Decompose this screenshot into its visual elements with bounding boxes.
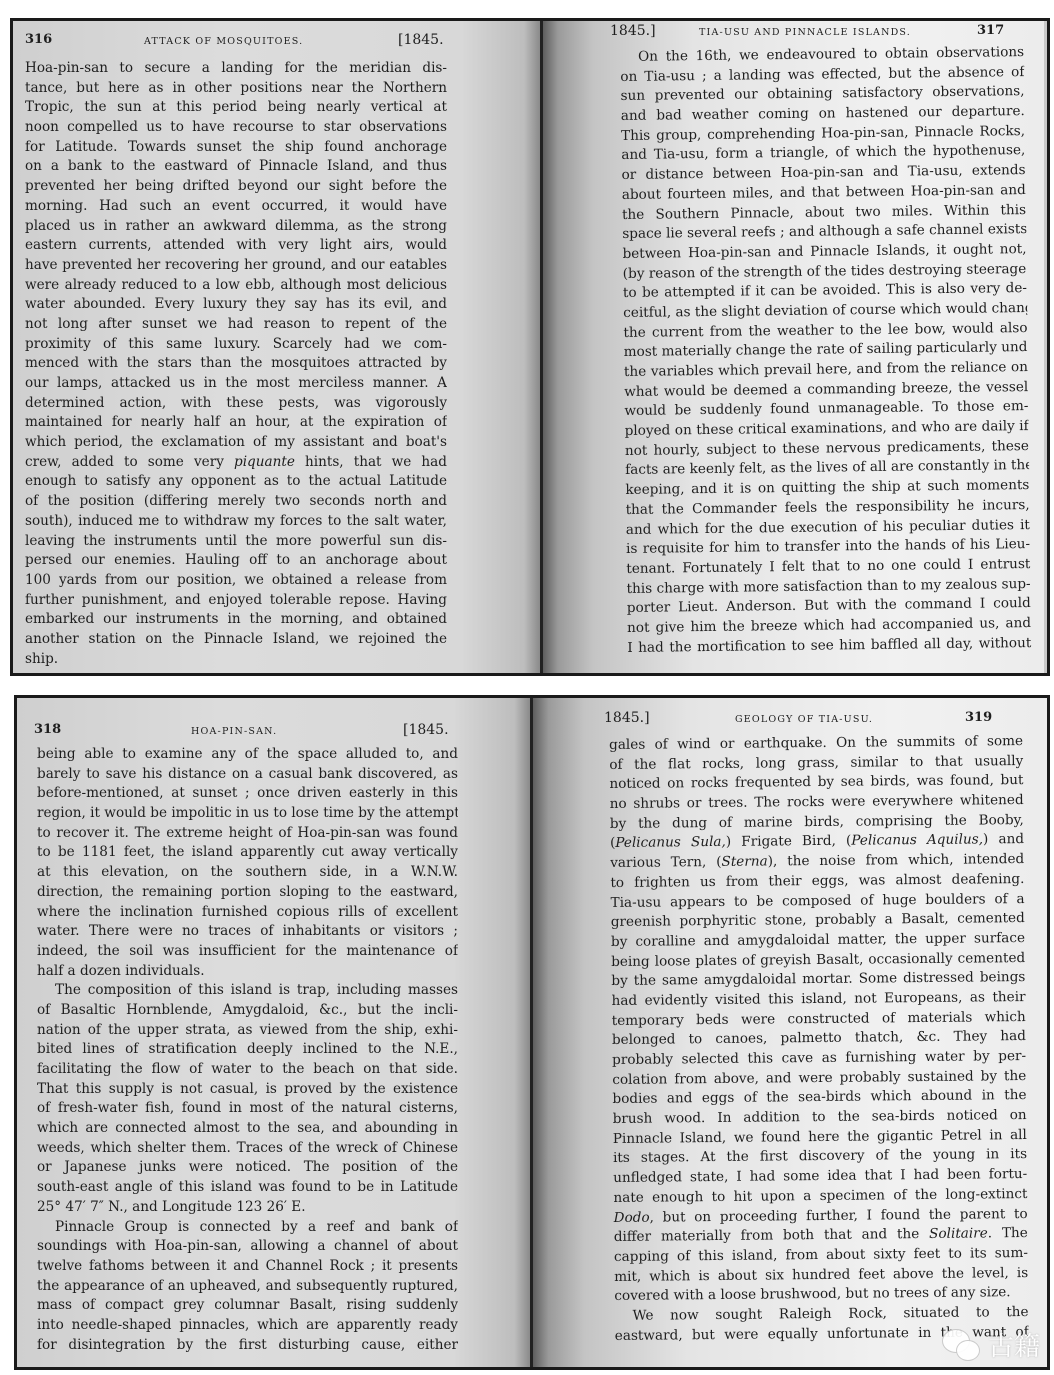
text-line: enough to satisfy any opponent as to the…	[25, 472, 447, 492]
running-year: [1845.	[398, 32, 444, 48]
text-line: before-mentioned, at sunset ; once drive…	[37, 784, 458, 804]
text-line: Pinnacle Group is connected by a reef an…	[37, 1218, 458, 1238]
text-line: weeds, which shelter them. Traces of the…	[37, 1139, 458, 1159]
text-line: menced with the stars than the mosquitoe…	[25, 354, 447, 374]
text-line: of the position (differing merely two se…	[25, 492, 447, 512]
running-head: 318 HOA-PIN-SAN. [1845.	[17, 722, 530, 742]
bottom-spread: 318 HOA-PIN-SAN. [1845. being able to ex…	[14, 695, 1050, 1370]
page-body: On the 16th, we endeavoured to obtain ob…	[620, 43, 1031, 658]
text-line: I had the mortification to see him baffl…	[627, 634, 1031, 659]
text-line: The composition of this island is trap, …	[37, 981, 458, 1001]
text-line: or Japanese junks were noticed. The posi…	[37, 1158, 458, 1178]
running-title: HOA-PIN-SAN.	[191, 726, 277, 737]
text-line: indeed, the soil was insufficient for th…	[37, 942, 458, 962]
text-line: of Basaltic Hornblende, Amygdaloid, &c.,…	[37, 1001, 458, 1021]
text-line: where the inclination furnished copious …	[37, 903, 458, 923]
text-line: which period, the exclamation of my assi…	[25, 433, 447, 453]
page-318: 318 HOA-PIN-SAN. [1845. being able to ex…	[17, 698, 533, 1367]
running-year: 1845.]	[604, 710, 650, 726]
text-line: barely to save his distance on a casual …	[37, 765, 458, 785]
text-line: tance, but here as in other positions ne…	[25, 79, 447, 99]
text-line: nation of the upper strata, as viewed fr…	[37, 1021, 458, 1041]
running-head: 1845.] TIA-USU AND PINNACLE ISLANDS. 317	[543, 23, 1044, 43]
text-line: south), induced me to withdraw my forces…	[25, 512, 447, 532]
watermark-text: 古籍	[988, 1326, 1040, 1363]
text-line: mass of compact grey columnar Basalt, ri…	[37, 1296, 458, 1316]
running-title: TIA-USU AND PINNACLE ISLANDS.	[699, 27, 911, 38]
text-line: water. There were no traces of inhabitan…	[37, 922, 458, 942]
text-line: into needle-shaped pinnacles, which are …	[37, 1316, 458, 1336]
text-line: south-east angle of this island was foun…	[37, 1178, 458, 1198]
text-line: determined action, with these pests, was…	[25, 394, 447, 414]
text-line: ship.	[25, 650, 447, 670]
text-line: region, it would be impolitic in us to l…	[37, 804, 458, 824]
text-line: eastern currents, attended with very lig…	[25, 236, 447, 256]
text-line: noon compelled us to have recourse to st…	[25, 118, 447, 138]
running-year: 1845.]	[610, 23, 656, 39]
text-line: maintained for nearly half an hour, at t…	[25, 413, 447, 433]
wechat-icon	[942, 1329, 982, 1361]
text-line: crew, added to some very piquante hints,…	[25, 453, 447, 473]
page-316: 316 ATTACK OF MOSQUITOES. [1845. Hoa-pin…	[13, 21, 543, 673]
page-317: 1845.] TIA-USU AND PINNACLE ISLANDS. 317…	[543, 21, 1044, 673]
text-line: water abounded. Every luxury they say ha…	[25, 295, 447, 315]
running-year: [1845.	[403, 722, 449, 738]
text-line: 100 yards from our position, we obtained…	[25, 571, 447, 591]
text-line: on a bank to the eastward of Pinnacle Is…	[25, 157, 447, 177]
running-title: ATTACK OF MOSQUITOES.	[144, 36, 303, 47]
text-line: soundings with Hoa-pin-san, allowing a c…	[37, 1237, 458, 1257]
text-line: leaving the instruments until the more p…	[25, 532, 447, 552]
text-line: at this elevation, on the southern side,…	[37, 863, 458, 883]
text-line: have prevented her recovering her ground…	[25, 256, 447, 276]
text-line: the appearance of an upheaved, and subse…	[37, 1277, 458, 1297]
text-line: embarked our instruments in the morning,…	[25, 610, 447, 630]
text-line: of fresh-water fish, found in most of th…	[37, 1099, 458, 1119]
text-line: to recover it. The extreme height of Hoa…	[37, 824, 458, 844]
text-line: Tropic, the sun at this period being nea…	[25, 98, 447, 118]
text-line: direction, the remaining portion sloping…	[37, 883, 458, 903]
page-number: 316	[25, 32, 52, 47]
page-body: being able to examine any of the space a…	[37, 745, 458, 1355]
text-line: to be 1181 feet, the island apparently c…	[37, 843, 458, 863]
page-number: 317	[977, 23, 1004, 38]
text-line: morning. Had such an event occurred, it …	[25, 197, 447, 217]
text-line: not long after sunset we had reason to r…	[25, 315, 447, 335]
page-number: 318	[34, 722, 61, 737]
text-line: which are connected almost to the sea, a…	[37, 1119, 458, 1139]
text-line: our lamps, attacked us in the most merci…	[25, 374, 447, 394]
wechat-watermark: 古籍	[942, 1326, 1040, 1363]
running-title: GEOLOGY OF TIA-USU.	[735, 714, 873, 725]
text-line: facilitating the flow of water to the be…	[37, 1060, 458, 1080]
text-line: for disintegration by the first disturbi…	[37, 1336, 458, 1356]
running-head: 316 ATTACK OF MOSQUITOES. [1845.	[13, 32, 540, 52]
text-line: for Latitude. Towards sunset the ship fo…	[25, 138, 447, 158]
text-line: further punishment, and enjoyed tolerabl…	[25, 591, 447, 611]
text-line: prevented her being drifted beyond our s…	[25, 177, 447, 197]
page-number: 319	[965, 710, 992, 725]
text-line: placed us in rather an awkward dilemma, …	[25, 217, 447, 237]
text-line: half a dozen individuals.	[37, 962, 458, 982]
text-line: bited lines of stratification deeply inc…	[37, 1040, 458, 1060]
text-line: proximity of this same luxury. Scarcely …	[25, 335, 447, 355]
text-line: twelve fathoms between it and Channel Ro…	[37, 1257, 458, 1277]
text-line: persed our enemies. Hauling off to an an…	[25, 551, 447, 571]
text-line: another station on the Pinnacle Island, …	[25, 630, 447, 650]
page-319: 1845.] GEOLOGY OF TIA-USU. 319 gales of …	[533, 698, 1047, 1367]
running-head: 1845.] GEOLOGY OF TIA-USU. 319	[533, 710, 1047, 730]
page-body: Hoa-pin-san to secure a landing for the …	[25, 59, 447, 669]
text-line: Hoa-pin-san to secure a landing for the …	[25, 59, 447, 79]
text-line: being able to examine any of the space a…	[37, 745, 458, 765]
top-spread: 316 ATTACK OF MOSQUITOES. [1845. Hoa-pin…	[10, 18, 1050, 676]
text-line: 25° 47′ 7″ N., and Longitude 123 26′ E.	[37, 1198, 458, 1218]
text-line: That this supply is not casual, is prove…	[37, 1080, 458, 1100]
page-body: gales of wind or earthquake. On the summ…	[609, 732, 1029, 1346]
text-line: were already reduced to a low ebb, altho…	[25, 276, 447, 296]
